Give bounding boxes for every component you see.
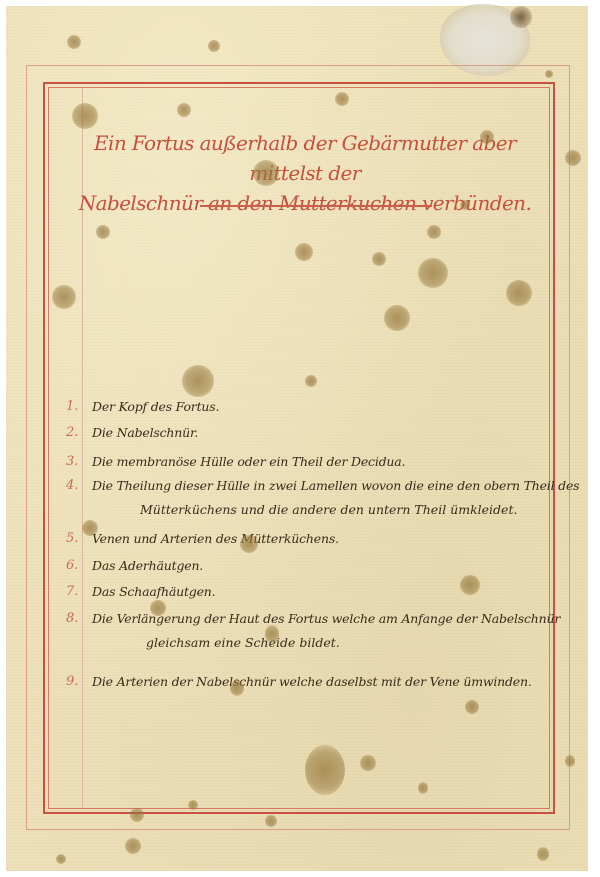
item-text: Die Arterien der Nabelschnür welche dase… <box>92 673 532 691</box>
item-number: 8. <box>66 610 82 628</box>
item-text: Der Kopf des Fortus. <box>92 398 219 416</box>
title-line-1: Ein Fortus außerhalb der Gebärmutter abe… <box>70 128 540 188</box>
ink-blot <box>510 6 532 28</box>
item-text: Die Theilung dieser Hülle in zwei Lamell… <box>92 477 579 495</box>
item-text: Venen und Arterien des Mütterküchens. <box>92 530 339 548</box>
item-number: 7. <box>66 583 82 601</box>
title-underline <box>200 205 432 207</box>
item-number: 9. <box>66 673 82 691</box>
item-number: 2. <box>66 424 82 442</box>
item-number: 3. <box>66 453 82 471</box>
item-number: 4. <box>66 477 82 495</box>
item-text-continuation: gleichsam eine Scheide bildet. <box>146 634 340 652</box>
item-text: Das Schaafhäutgen. <box>92 583 215 601</box>
item-number: 6. <box>66 557 82 575</box>
item-text: Die Verlängerung der Haut des Fortus wel… <box>92 610 560 628</box>
title-line-2: Nabelschnür an den Mutterkuchen verbünde… <box>70 188 540 218</box>
item-text: Das Aderhäutgen. <box>92 557 203 575</box>
item-text-continuation: Mütterküchens und die andere den untern … <box>140 501 517 519</box>
item-number: 1. <box>66 398 82 416</box>
item-text: Die membranöse Hülle oder ein Theil der … <box>92 453 405 471</box>
item-number: 5. <box>66 530 82 548</box>
item-text: Die Nabelschnür. <box>92 424 198 442</box>
